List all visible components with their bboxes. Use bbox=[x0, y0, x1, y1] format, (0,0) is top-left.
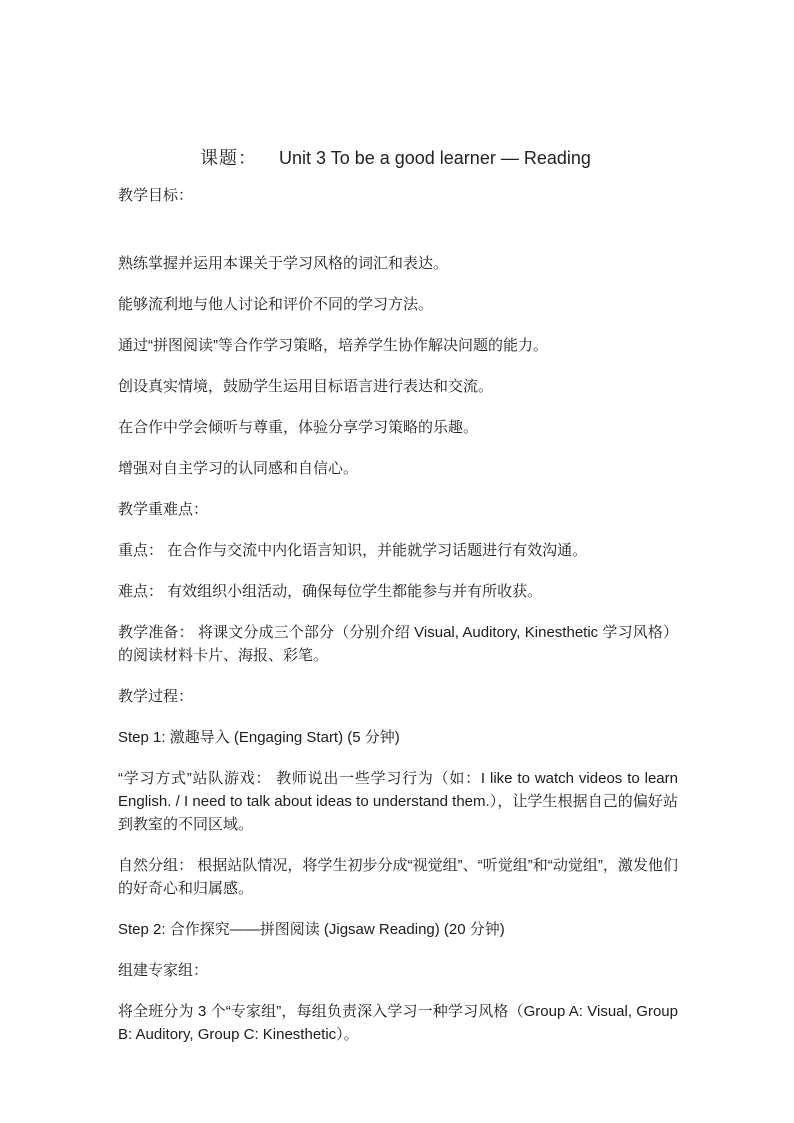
lesson-title-text: Unit 3 To be a good learner — Reading bbox=[279, 148, 591, 168]
expert-groups-detail: 将全班分为 3 个“专家组”，每组负责深入学习一种学习风格（Group A: V… bbox=[118, 1000, 678, 1046]
lesson-title: 课题：Unit 3 To be a good learner — Reading bbox=[200, 145, 678, 172]
objective-2: 能够流利地与他人讨论和评价不同的学习方法。 bbox=[118, 293, 678, 316]
key-point: 重点： 在合作与交流中内化语言知识，并能就学习话题进行有效沟通。 bbox=[118, 539, 678, 562]
teaching-process-heading: 教学过程： bbox=[118, 685, 678, 708]
teaching-objectives-heading: 教学目标： bbox=[118, 184, 678, 207]
expert-groups-heading: 组建专家组： bbox=[118, 959, 678, 982]
lesson-title-label: 课题： bbox=[200, 148, 257, 168]
document-content: 课题：Unit 3 To be a good learner — Reading… bbox=[0, 0, 794, 1046]
objective-1: 熟练掌握并运用本课关于学习风格的词汇和表达。 bbox=[118, 252, 678, 275]
key-difficult-points-heading: 教学重难点： bbox=[118, 498, 678, 521]
step-1-activity-2: 自然分组： 根据站队情况，将学生初步分成“视觉组”、“听觉组”和“动觉组”，激发… bbox=[118, 854, 678, 900]
step-2-heading: Step 2: 合作探究——拼图阅读 (Jigsaw Reading) (20 … bbox=[118, 918, 678, 941]
difficult-point: 难点： 有效组织小组活动，确保每位学生都能参与并有所收获。 bbox=[118, 580, 678, 603]
objective-6: 增强对自主学习的认同感和自信心。 bbox=[118, 457, 678, 480]
objective-4: 创设真实情境，鼓励学生运用目标语言进行表达和交流。 bbox=[118, 375, 678, 398]
step-1-activity-1: “学习方式”站队游戏： 教师说出一些学习行为（如：I like to watch… bbox=[118, 767, 678, 836]
document-page: 课题：Unit 3 To be a good learner — Reading… bbox=[0, 0, 794, 1123]
objective-5: 在合作中学会倾听与尊重，体验分享学习策略的乐趣。 bbox=[118, 416, 678, 439]
objective-3: 通过“拼图阅读”等合作学习策略，培养学生协作解决问题的能力。 bbox=[118, 334, 678, 357]
step-1-heading: Step 1: 激趣导入 (Engaging Start) (5 分钟) bbox=[118, 726, 678, 749]
teaching-preparation: 教学准备： 将课文分成三个部分（分别介绍 Visual, Auditory, K… bbox=[118, 621, 678, 667]
